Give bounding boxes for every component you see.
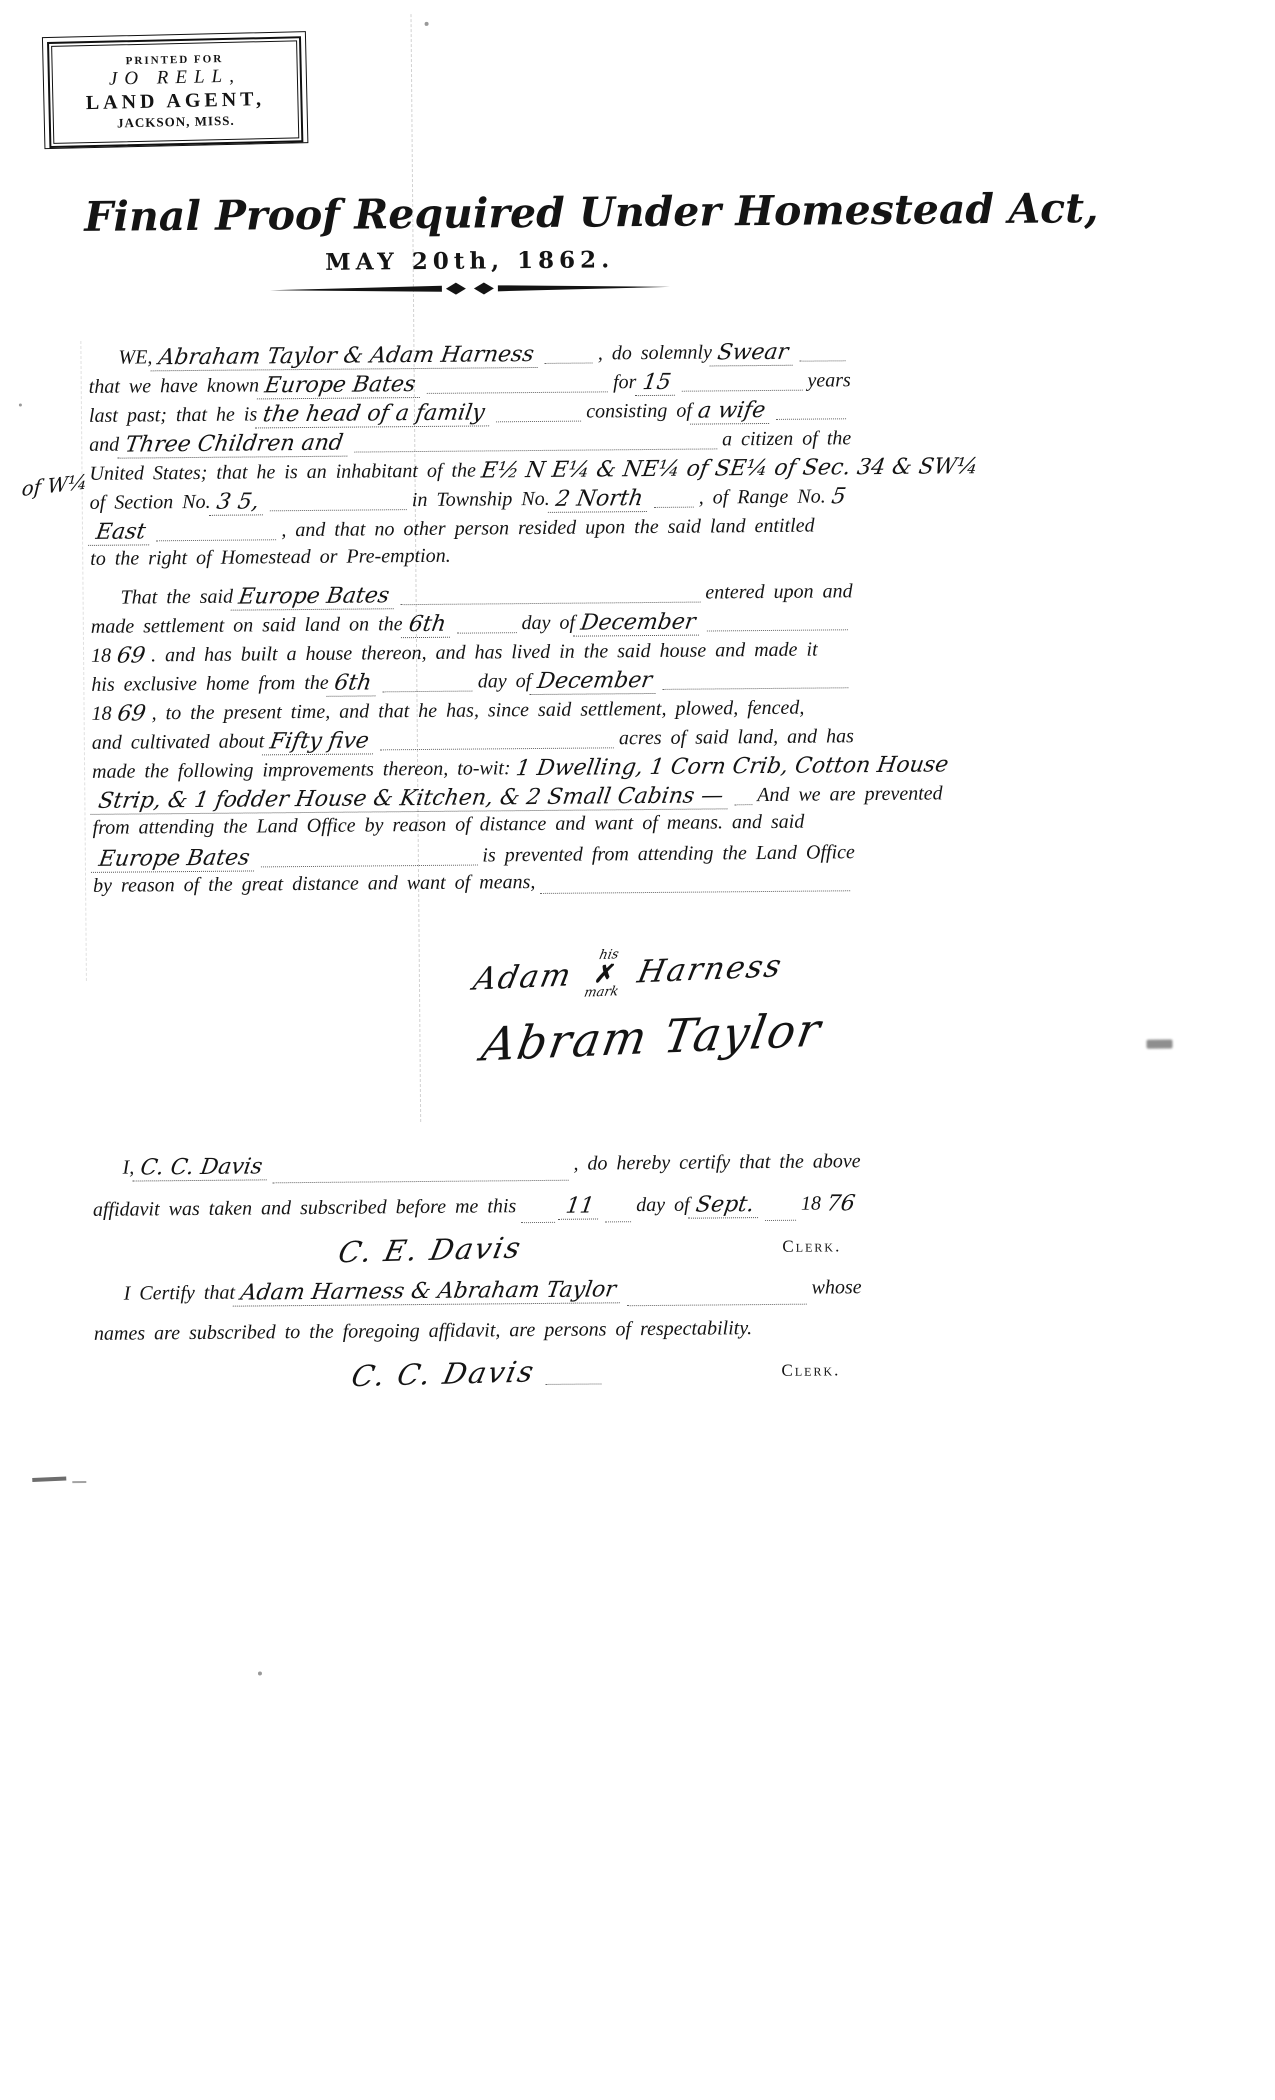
stamp-agent-city: JACKSON, MISS.	[117, 113, 235, 132]
dotted-blank-line	[540, 890, 850, 894]
margin-note: of W¼	[21, 469, 88, 501]
handwritten-text: C. C. Davis	[132, 1154, 269, 1181]
printer-stamp-inner-border: PRINTED FOR JO RELL, LAND AGENT, JACKSON…	[47, 36, 303, 148]
document-line: to the right of Homestead or Pre-emption…	[90, 541, 852, 577]
handwritten-text: Sept.	[688, 1192, 762, 1219]
signature-block: Adam his ✗ mark Harness Abram Taylor	[474, 944, 875, 1065]
dotted-blank-line	[800, 360, 846, 361]
dotted-blank-line	[354, 448, 717, 452]
handwritten-text: 6th	[401, 612, 454, 638]
printed-text: And we are prevented	[757, 782, 943, 807]
printed-text: 18	[92, 703, 112, 726]
spacer	[93, 1269, 333, 1271]
printed-text: 18	[801, 1193, 821, 1216]
handwritten-text: Abraham Taylor & Adam Harness	[150, 342, 541, 371]
handwritten-text: Swear	[710, 340, 796, 367]
printed-text: , do solemnly	[598, 341, 712, 365]
dotted-blank-line	[776, 418, 846, 420]
printed-text: entered upon and	[705, 580, 852, 604]
scan-content: PRINTED FOR JO RELL, LAND AGENT, JACKSON…	[0, 0, 1275, 2100]
dotted-blank-line	[156, 539, 276, 541]
printed-text: made settlement on said land on the	[91, 613, 403, 639]
printed-text: 18	[91, 645, 111, 668]
stamp-agent-name: JO RELL,	[109, 66, 241, 91]
dotted-blank-line	[627, 1304, 807, 1307]
document-line: C. E. DavisClerk.	[93, 1228, 861, 1271]
spacer	[528, 1265, 783, 1267]
dotted-blank-line	[654, 507, 694, 508]
handwritten-text: December	[573, 610, 703, 637]
printed-text: United States; that he is an inhabitant …	[89, 460, 476, 486]
document-line: by reason of the great distance and want…	[93, 868, 855, 904]
document-header: Final Proof Required Under Homestead Act…	[84, 186, 855, 305]
handwritten-text: 15	[634, 370, 678, 396]
handwritten-text: 6th	[327, 670, 380, 696]
printed-text: , and that no other person resided upon …	[281, 515, 814, 543]
document-title: Final Proof Required Under Homestead Act…	[84, 186, 854, 241]
handwritten-text: the head of a family	[255, 400, 492, 428]
printed-text: and	[89, 434, 119, 457]
dotted-blank-line	[734, 804, 752, 805]
printed-text: whose	[812, 1276, 862, 1299]
printed-text: acres of said land, and has	[619, 725, 854, 750]
printed-text: from attending the Land Office by reason…	[92, 811, 804, 840]
printed-text: and cultivated about	[92, 730, 265, 755]
printed-text: to the right of Homestead or Pre-emption…	[90, 545, 451, 571]
handwritten-text: December	[529, 668, 659, 695]
printed-text: consisting of	[586, 400, 692, 424]
document-line: C. C. DavisClerk.	[94, 1352, 862, 1395]
handwritten-text: 3 5,	[209, 489, 267, 516]
document-line: I,C. C. Davis, do hereby certify that th…	[92, 1148, 860, 1191]
handwritten-text: Fifty five	[262, 728, 377, 755]
printed-text: WE,	[118, 346, 152, 369]
printed-text: , to the present time, and that he has, …	[152, 697, 805, 726]
printed-text: is prevented from attending the Land Off…	[482, 841, 855, 867]
dotted-blank-line	[380, 747, 614, 750]
ornamental-divider	[270, 279, 670, 298]
signature-first-name: Adam	[470, 957, 575, 998]
scanned-affidavit-page: PRINTED FOR JO RELL, LAND AGENT, JACKSON…	[0, 0, 1275, 2100]
handwritten-text: Strip, & 1 fodder House & Kitchen, & 2 S…	[90, 783, 731, 815]
spacer	[95, 1393, 347, 1395]
printer-stamp-box: PRINTED FOR JO RELL, LAND AGENT, JACKSON…	[42, 31, 308, 149]
dotted-blank-line	[401, 602, 701, 606]
handwritten-text: 11	[558, 1193, 602, 1219]
printed-text: by reason of the great distance and want…	[93, 871, 535, 898]
his-mark-cross: his ✗ mark	[583, 948, 627, 1000]
printed-text: in Township No.	[412, 488, 550, 512]
left-margin-rule	[80, 341, 87, 981]
handwritten-text: E½ N E¼ & NE¼ of SE¼ of Sec. 34 & SW¼	[474, 454, 986, 483]
handwritten-text: 69	[110, 701, 154, 726]
stamp-agent-role: LAND AGENT,	[86, 88, 266, 115]
printed-text: , of Range No.	[699, 485, 826, 509]
spacer	[607, 1389, 782, 1391]
handwritten-text: 5	[824, 484, 854, 509]
dotted-blank-line	[273, 1180, 569, 1184]
document-line: affidavit was taken and subscribed befor…	[93, 1190, 861, 1233]
dotted-blank-line	[496, 421, 581, 423]
printed-text: day of	[636, 1194, 690, 1217]
printed-text: last past; that he is	[89, 403, 257, 427]
signature-adam-harness: Adam his ✗ mark Harness	[469, 937, 879, 1005]
printed-text: made the following improvements thereon,…	[92, 757, 511, 784]
handwritten-text: 1 Dwelling, 1 Corn Crib, Cotton House	[509, 752, 957, 781]
handwritten-text: Europe Bates	[257, 372, 423, 399]
document-date-line: MAY 20th, 1862.	[85, 244, 855, 278]
dotted-blank-line	[383, 691, 473, 693]
handwritten-text: Europe Bates	[91, 845, 257, 872]
handwritten-text: 76	[819, 1191, 863, 1216]
dotted-blank-line	[707, 629, 848, 631]
printed-text: day of	[521, 612, 575, 635]
handwritten-signature-text: C. E. Davis	[329, 1230, 531, 1269]
printed-text: affidavit was taken and subscribed befor…	[93, 1195, 517, 1222]
printed-text: his exclusive home from the	[91, 672, 329, 697]
mark-label: mark	[583, 985, 620, 1000]
dotted-blank-line	[260, 865, 477, 868]
scan-artifact-dash-small	[72, 1481, 86, 1483]
printed-text: day of	[478, 670, 532, 693]
stamp-printed-for: PRINTED FOR	[126, 53, 224, 67]
certification-section: I,C. C. Davis, do hereby certify that th…	[92, 1148, 862, 1395]
dotted-blank-line	[765, 1220, 796, 1221]
printed-text: years	[807, 369, 851, 392]
scan-speck	[425, 22, 429, 26]
scan-smudge	[1146, 1039, 1172, 1048]
dotted-blank-line	[681, 390, 802, 392]
handwritten-text: a wife	[690, 398, 773, 425]
printed-text: a citizen of the	[722, 427, 851, 451]
handwritten-text: 2 North	[548, 486, 651, 513]
dotted-blank-line	[545, 362, 593, 363]
dotted-blank-line	[457, 632, 517, 634]
printed-text: I Certify that	[124, 1282, 236, 1306]
scan-artifact-dash	[32, 1477, 66, 1482]
printed-text: names are subscribed to the foregoing af…	[94, 1317, 752, 1346]
printed-text: , do hereby certify that the above	[573, 1150, 860, 1176]
dotted-blank-line	[546, 1383, 602, 1384]
handwritten-text: Europe Bates	[231, 583, 397, 610]
scan-speck	[19, 403, 22, 406]
printed-text: . and has built a house thereon, and has…	[151, 639, 818, 668]
handwritten-text: Three Children and	[117, 431, 351, 459]
clerk-label: Clerk.	[782, 1236, 841, 1257]
signature-abram-taylor: Abram Taylor	[478, 1002, 826, 1071]
dotted-blank-line	[605, 1221, 631, 1222]
document-line: I Certify thatAdam Harness & Abraham Tay…	[94, 1274, 862, 1317]
dotted-blank-line	[427, 391, 608, 394]
printed-text: of Section No.	[90, 491, 211, 515]
x-mark-icon: ✗	[593, 961, 618, 986]
scan-speck	[258, 1671, 262, 1675]
printed-text: for	[613, 371, 637, 394]
dotted-blank-line	[663, 687, 849, 690]
dotted-blank-line	[270, 509, 407, 511]
signature-last-name: Harness	[634, 948, 786, 991]
affidavit-body: WE,Abraham Taylor & Adam Harness, do sol…	[88, 338, 855, 904]
handwritten-signature-text: C. C. Davis	[343, 1354, 545, 1393]
printed-text: That the said	[120, 586, 233, 610]
handwritten-text: East	[88, 519, 153, 546]
printed-text: that we have known	[89, 374, 260, 398]
handwritten-text: 69	[109, 643, 153, 668]
clerk-label: Clerk.	[781, 1360, 840, 1381]
handwritten-text: Adam Harness & Abraham Taylor	[233, 1277, 624, 1306]
dotted-blank-line	[521, 1222, 555, 1223]
